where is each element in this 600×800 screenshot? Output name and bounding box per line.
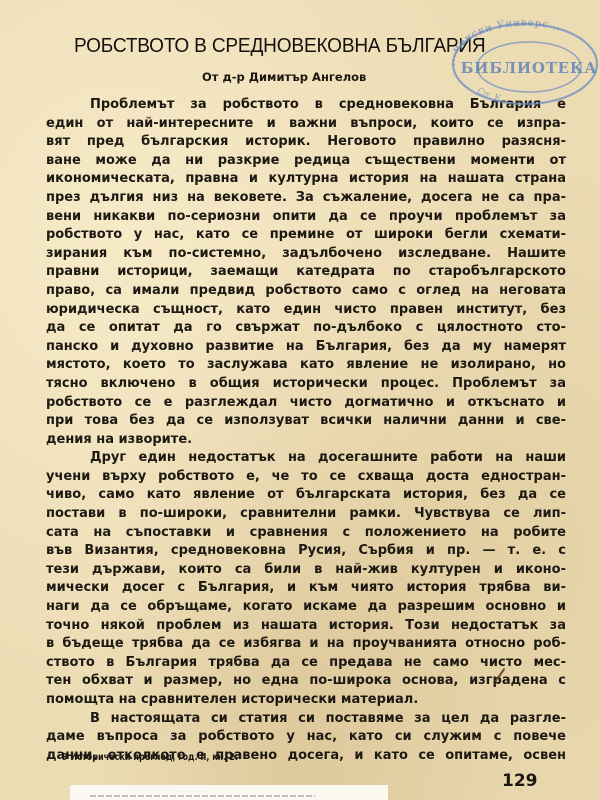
body-line: да се опитат да го свържат по-дълбоко с … (46, 319, 566, 338)
body-line: тен обхват и размер, но една по-широка о… (46, 672, 566, 691)
body-line: Друг един недостатък на досегашните рабо… (46, 449, 566, 468)
scan-label-strip (70, 785, 388, 800)
stamp-center-text: БИБЛИОТЕКА (461, 59, 598, 77)
body-line: във Византия, средновековна Русия, Сърби… (46, 542, 566, 561)
footnote-source: 9 Исторически преглед, год. II, кн. 2. (62, 752, 238, 763)
body-line: сата на съпоставки и сравнения с положен… (46, 524, 566, 543)
scan-label-text (90, 795, 315, 797)
body-line: постави в по-широки, сравнителни рамки. … (46, 505, 566, 524)
article-body: Проблемът за робството в средновековна Б… (46, 96, 566, 765)
scanned-page: РОБСТВОТО В СРЕДНОВЕКОВНА БЪЛГАРИЯ От д-… (0, 0, 600, 800)
body-line: чиво, само като явление от българската и… (46, 486, 566, 505)
page-number: 129 (502, 771, 538, 791)
body-line: ството в България трябва да се предава н… (46, 654, 566, 673)
body-line: при това без да се използуват всички нал… (46, 412, 566, 431)
body-line: зирания към по-системно, задълбочено изс… (46, 245, 566, 264)
body-line: вени никакви по-сериозни опити да се про… (46, 208, 566, 227)
article-title: РОБСТВОТО В СРЕДНОВЕКОВНА БЪЛГАРИЯ (74, 34, 465, 58)
body-line: през дългия низ на вековете. За съжалени… (46, 189, 566, 208)
body-line: робството се е разглеждал чисто догматич… (46, 394, 566, 413)
body-line: право, са имали предвид робството само с… (46, 282, 566, 301)
library-stamp-icon: ...менски Универс... БИБЛИОТЕКА Сп. К... (437, 14, 599, 106)
body-line: учени върху робството е, че то се схваща… (46, 468, 566, 487)
body-line: правни историци, заемащи катедрата по ст… (46, 263, 566, 282)
body-line: точно някой проблем из нашата история. Т… (46, 617, 566, 636)
body-line: в бъдеще трябва да се избягва и на проуч… (46, 635, 566, 654)
body-line: даме въпроса за робството у нас, като си… (46, 728, 566, 747)
body-line: панско и духовно развитие на България, б… (46, 338, 566, 357)
body-line: икономическата, правна и културна истори… (46, 170, 566, 189)
body-line: робството у нас, като се премине от широ… (46, 226, 566, 245)
body-line: мястото, което то заслужава като явление… (46, 356, 566, 375)
body-line: мически досег с България, и към чиято ис… (46, 579, 566, 598)
body-line: Проблемът за робството в средновековна Б… (46, 96, 566, 115)
body-line: дения на изворите. (46, 431, 566, 450)
body-line: наги да се обръщаме, когато искаме да ра… (46, 598, 566, 617)
body-line: тясно включено в общия исторически проце… (46, 375, 566, 394)
body-line: ване може да ни разкрие редица съществен… (46, 152, 566, 171)
body-line: вят пред българския историк. Неговото пр… (46, 133, 566, 152)
body-line: юридическа същност, като един чисто прав… (46, 301, 566, 320)
body-line: помощта на сравнителен исторически матер… (46, 691, 566, 710)
article-author: От д-р Димитър Ангелов (202, 70, 366, 84)
body-line: тези държави, които са били в най-жив ку… (46, 561, 566, 580)
body-line: В настоящата си статия си поставяме за ц… (46, 710, 566, 729)
body-line: един от най-интересните и важни въпроси,… (46, 115, 566, 134)
